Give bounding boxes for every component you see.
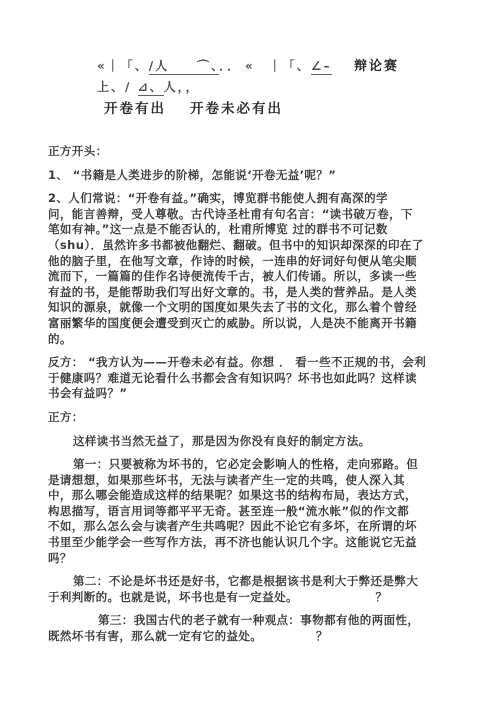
text-line: 1、 “书籍是人类进步的阶梯，怎能说‘开卷无益’呢？” [48,168,388,184]
text-line: 正方开头： [48,144,388,160]
handwriting-scribble-line2: 上、∕ ⊿、人，， [97,78,200,95]
paragraph: 第一：只要被称为坏书的，它必定会影响人的性格，走向邪路。但是请想想，如果那些坏书… [48,457,388,566]
scanned-document-page: «｜「、∕人 ⌒、．． « ｜「、∠– 辩论赛 上、∕ ⊿、人，， 开卷有出 开… [0,0,500,708]
scribble-underlined-marks: ⊿、 [138,80,164,96]
text-line: 第一：只要被称为坏书的，它必定会影响人的性格，走向邪路。但 [48,457,388,473]
text-line: 第三：我国古代的老子就有一种观点：事物都有他的两面性， [48,613,388,629]
text-line: 反方： “我方认为——开卷未必有益。你想 ． 看一些不正规的书，会利 [48,355,388,371]
text-line: 笔如有神。”这一点是不能否认的，杜甫所博览 过的群书不可记数 [48,222,388,238]
scribble-marks: «｜「、 [97,59,149,73]
text-line: 于利判断的。也就是说，坏书也是有一定益处。 ？ [48,590,388,606]
text-line: 的。 [48,332,388,348]
scribble-marks: 人，， [164,80,200,94]
text-line: 吗？ [48,551,388,567]
scribble-underlined-marks: ∕人 ⌒、 [149,59,219,75]
text-line: 有益的书，是能帮助我们写出好文章的。书，是人类的营养品。是人类 [48,285,388,301]
text-line: 不如，那么怎么会与读者产生共鸣呢？因此不论它有多坏，在所谓的坏 [48,519,388,535]
text-line: 书里至少能学会一些写作方法，再不济也能认识几个字。这能说它无益 [48,535,388,551]
text-line: 中，那么哪会能造成这样的结果呢？如果这书的结构布局，表达方式， [48,488,388,504]
paragraph: 1、 “书籍是人类进步的阶梯，怎能说‘开卷无益’呢？” [48,168,388,184]
topic-title-con: 开卷未必有出 [190,97,283,117]
text-line: 第二：不论是坏书还是好书，它都是根据该书是利大于弊还是弊大 [48,574,388,590]
text-line: （shu）．虽然许多书都被他翻烂、翻破。但书中的知识却深深的印在了 [48,238,388,254]
debate-contest-label: 辩论赛 [354,55,399,74]
text-line: 富丽繁华的国度便会遭受到灭亡的威胁。所以说，人是决不能离开书籍 [48,316,388,332]
scribble-marks: 上、∕ [97,80,138,94]
handwriting-scribble-line1b: « ｜「、∠– [245,57,332,74]
text-line: 他的脑子里，在他写文章，作诗的时候，一连串的好词好句便从笔尖顺 [48,254,388,270]
scribble-underlined-marks: ∠– [311,59,332,75]
text-line: 书会有益吗？” [48,386,388,402]
text-line: 2、人们常说：“开卷有益。”确实，博览群书能使人拥有高深的学 [48,191,388,207]
text-line: 问，能言善辩，受人尊敬。古代诗圣杜甫有句名言：“读书破万卷，下 [48,207,388,223]
handwriting-scribble-line1: «｜「、∕人 ⌒、．． [97,57,241,74]
text-line: 构思描写，语言用词等都平平无奇。甚至连一般“流水帐”似的作文都 [48,504,388,520]
topic-title-pro: 开卷有出 [104,97,166,117]
text-line: 流而下，一篇篇的佳作名诗便流传千古，被人们传诵。所以，多读一些 [48,269,388,285]
paragraph: 这样读书当然无益了，那是因为你没有良好的制定方法。 [48,434,388,450]
text-line: 既然坏书有害，那么就一定有它的益处。 ？ [48,629,388,645]
scribble-marks: « ｜「、 [245,59,311,73]
paragraph: 第二：不论是坏书还是好书，它都是根据该书是利大于弊还是弊大于利判断的。也就是说，… [48,574,388,605]
text-line: 这样读书当然无益了，那是因为你没有良好的制定方法。 [48,434,388,450]
paragraph: 第三：我国古代的老子就有一种观点：事物都有他的两面性，既然坏书有害，那么就一定有… [48,613,388,644]
paragraph: 正方开头： [48,144,388,160]
text-line: 是请想想，如果那些坏书，无法与读者产生一定的共鸣，使人深入其 [48,473,388,489]
text-line: 正方： [48,410,388,426]
paragraph: 2、人们常说：“开卷有益。”确实，博览群书能使人拥有高深的学问，能言善辩，受人尊… [48,191,388,347]
document-body: 正方开头：1、 “书籍是人类进步的阶梯，怎能说‘开卷无益’呢？”2、人们常说：“… [48,144,388,653]
scribble-marks: ．． [219,59,241,73]
paragraph: 正方： [48,410,388,426]
text-line: 知识的源泉，就像一个文明的国度如果失去了书的文化，那么着个曾经 [48,300,388,316]
paragraph: 反方： “我方认为——开卷未必有益。你想 ． 看一些不正规的书，会利于健康吗？难… [48,355,388,402]
text-line: 于健康吗？难道无论看什么书都会含有知识吗？坏书也如此吗？这样读 [48,371,388,387]
